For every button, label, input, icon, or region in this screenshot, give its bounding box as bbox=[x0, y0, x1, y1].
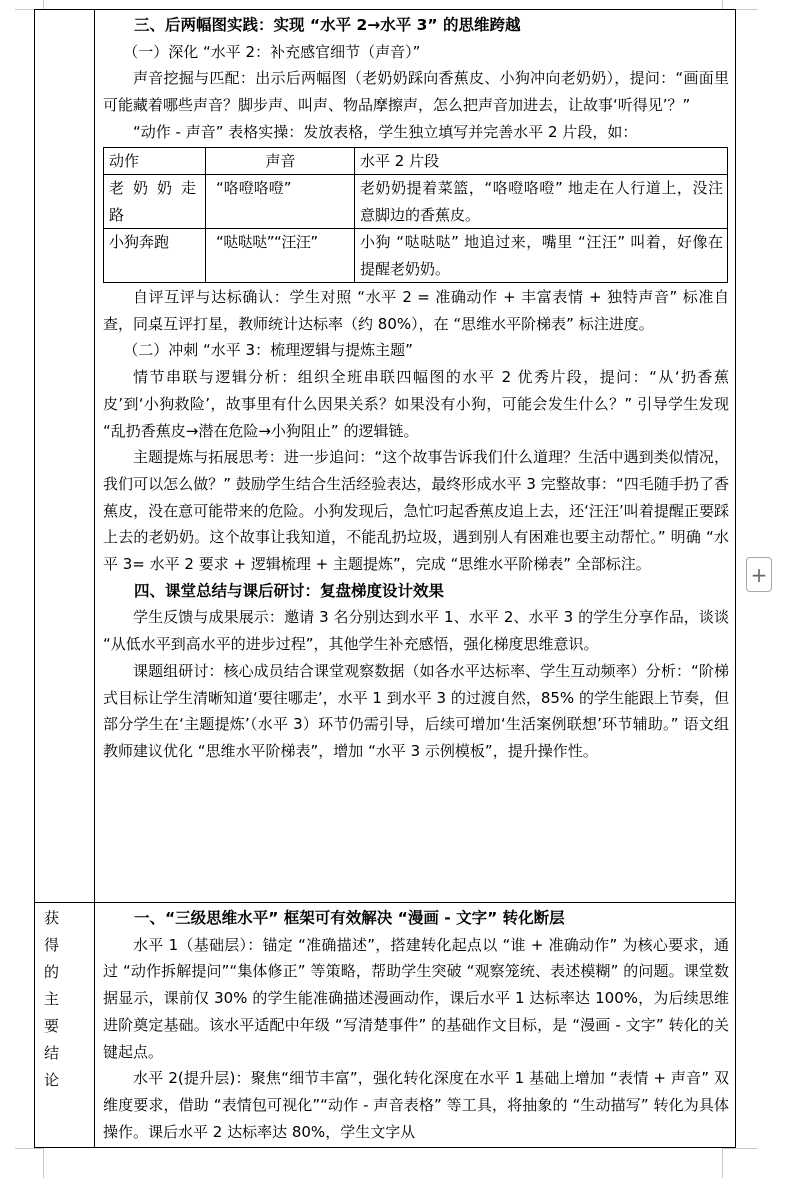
conclusions-row: 获 得 的 主 要 结 论 一、“三级思维水平” 框架可有效解决 “漫画 - 文… bbox=[35, 903, 736, 1148]
conclusions-content-cell[interactable]: 一、“三级思维水平” 框架可有效解决 “漫画 - 文字” 转化断层 水平 1（基… bbox=[95, 903, 736, 1148]
section-heading-3: 三、后两幅图实践：实现 “水平 2→水平 3” 的思维跨越 bbox=[103, 12, 729, 39]
crop-mark-top-right-h bbox=[736, 9, 758, 10]
action-sound-table: 动作 声音 水平 2 片段 老奶奶走路 “咯噔咯噔” 老奶奶提着菜篮，“咯噔咯噔… bbox=[103, 147, 728, 284]
process-content-cell[interactable]: 三、后两幅图实践：实现 “水平 2→水平 3” 的思维跨越 （一）深化 “水平 … bbox=[95, 10, 736, 903]
subsection-heading-1: （一）深化 “水平 2：补充感官细节（声音）” bbox=[103, 39, 729, 66]
section-heading-4: 四、课堂总结与课后研讨：复盘梯度设计效果 bbox=[103, 578, 729, 605]
row-label-cell-conclusions[interactable]: 获 得 的 主 要 结 论 bbox=[35, 903, 95, 1148]
plus-icon: + bbox=[751, 563, 768, 587]
paragraph-student-feedback: 学生反馈与成果展示：邀请 3 名分别达到水平 1、水平 2、水平 3 的学生分享… bbox=[103, 604, 729, 657]
crop-mark-bottom-right-v bbox=[722, 1148, 723, 1178]
conclusion-heading-1: 一、“三级思维水平” 框架可有效解决 “漫画 - 文字” 转化断层 bbox=[103, 905, 729, 932]
paragraph-table-practice: “动作 - 声音” 表格实操：发放表格，学生独立填写并完善水平 2 片段，如： bbox=[103, 119, 729, 146]
table-header-action: 动作 bbox=[104, 147, 206, 175]
table-cell-snippet: 小狗 “哒哒哒” 地追过来，嘴里 “汪汪” 叫着，好像在提醒老奶奶。 bbox=[355, 229, 728, 283]
paragraph-sound-matching: 声音挖掘与匹配：出示后两幅图（老奶奶踩向香蕉皮、小狗冲向老奶奶），提问：“画面里… bbox=[103, 65, 729, 118]
table-cell-sound: “咯噔咯噔” bbox=[206, 175, 355, 229]
paragraph-research-discussion: 课题组研讨：核心成员结合课堂观察数据（如各水平达标率、学生互动频率）分析：“阶梯… bbox=[103, 658, 729, 765]
table-row: 老奶奶走路 “咯噔咯噔” 老奶奶提着菜篮，“咯噔咯噔” 地走在人行道上，没注意脚… bbox=[104, 175, 728, 229]
add-row-button[interactable]: + bbox=[746, 557, 772, 592]
crop-mark-top-left-v bbox=[43, 0, 44, 9]
paragraph-level2: 水平 2(提升层)：聚焦“细节丰富”，强化转化深度在水平 1 基础上增加 “表情… bbox=[103, 1065, 729, 1145]
table-cell-snippet: 老奶奶提着菜篮，“咯噔咯噔” 地走在人行道上，没注意脚边的香蕉皮。 bbox=[355, 175, 728, 229]
table-cell-action: 小狗奔跑 bbox=[104, 229, 206, 283]
table-header-sound: 声音 bbox=[206, 147, 355, 175]
paragraph-self-evaluation: 自评互评与达标确认：学生对照 “水平 2 = 准确动作 + 丰富表情 + 独特声… bbox=[103, 284, 729, 337]
paragraph-plot-logic: 情节串联与逻辑分析：组织全班串联四幅图的水平 2 优秀片段，提问：“从‘扔香蕉皮… bbox=[103, 364, 729, 444]
row-label-main-conclusions: 获 得 的 主 要 结 论 bbox=[35, 903, 94, 1094]
crop-mark-top-right-v bbox=[722, 0, 723, 9]
table-row: 小狗奔跑 “哒哒哒”“汪汪” 小狗 “哒哒哒” 地追过来，嘴里 “汪汪” 叫着，… bbox=[104, 229, 728, 283]
table-cell-sound: “哒哒哒”“汪汪” bbox=[206, 229, 355, 283]
row-label-cell-empty[interactable] bbox=[35, 10, 95, 903]
crop-mark-bottom-left-v bbox=[43, 1148, 44, 1178]
paragraph-theme-extraction: 主题提炼与拓展思考：进一步追问：“这个故事告诉我们什么道理？生活中遇到类似情况，… bbox=[103, 444, 729, 578]
process-row: 三、后两幅图实践：实现 “水平 2→水平 3” 的思维跨越 （一）深化 “水平 … bbox=[35, 10, 736, 903]
document-table: 三、后两幅图实践：实现 “水平 2→水平 3” 的思维跨越 （一）深化 “水平 … bbox=[34, 9, 736, 1148]
table-header-level2-snippet: 水平 2 片段 bbox=[355, 147, 728, 175]
table-cell-action: 老奶奶走路 bbox=[104, 175, 206, 229]
crop-mark-top-left-h bbox=[15, 9, 34, 10]
table-header-row: 动作 声音 水平 2 片段 bbox=[104, 147, 728, 175]
subsection-heading-2: （二）冲刺 “水平 3：梳理逻辑与提炼主题” bbox=[103, 337, 729, 364]
paragraph-level1: 水平 1（基础层）：锚定 “准确描述”，搭建转化起点以 “谁 + 准确动作” 为… bbox=[103, 932, 729, 1066]
